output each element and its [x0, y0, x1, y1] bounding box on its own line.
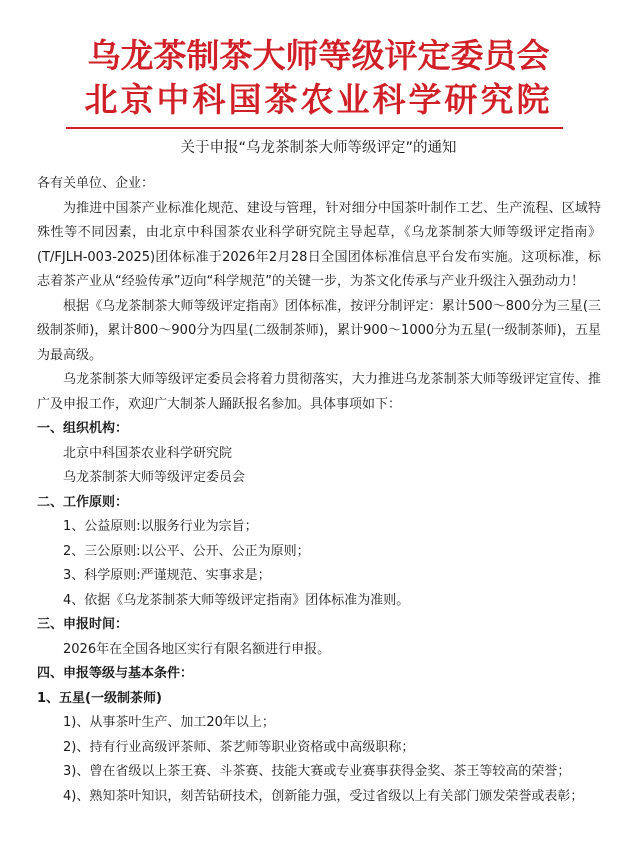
- principle-item: 1、公益原则:以服务行业为宗旨；: [37, 515, 601, 540]
- level-heading-five-star: 1、五星(一级制茶师): [37, 687, 601, 712]
- organization-item: 乌龙茶制茶大师等级评定委员会: [37, 466, 601, 491]
- section-heading-levels: 四、申报等级与基本条件：: [37, 662, 601, 687]
- paragraph-scoring: 根据《乌龙茶制茶大师等级评定指南》团体标准，按评分制评定：累计500～800分为…: [37, 295, 601, 369]
- timing-item: 2026年在全国各地区实行有限名额进行申报。: [37, 638, 601, 663]
- section-heading-organization: 一、组织机构：: [37, 417, 601, 442]
- paragraph-promotion: 乌龙茶制茶大师等级评定委员会将着力贯彻落实，大力推进乌龙茶制茶大师等级评定宣传、…: [37, 368, 601, 417]
- principle-item: 4、依据《乌龙茶制茶大师等级评定指南》团体标准为准则。: [37, 589, 601, 614]
- requirement-item: 2)、持有行业高级评茶师、茶艺师等职业资格或中高级职称；: [37, 736, 601, 761]
- requirement-item: 1)、从事茶叶生产、加工20年以上；: [37, 711, 601, 736]
- notice-title: 关于申报“乌龙茶制茶大师等级评定”的通知: [0, 138, 637, 158]
- requirement-item: 3)、曾在省级以上茶王赛、斗茶赛、技能大赛或专业赛事获得金奖、茶王等较高的荣誉；: [37, 760, 601, 785]
- organization-item: 北京中科国茶农业科学研究院: [37, 442, 601, 467]
- header-divider: [66, 127, 563, 129]
- principle-item: 2、三公原则:以公平、公开、公正为原则；: [37, 540, 601, 565]
- section-heading-timing: 三、申报时间：: [37, 613, 601, 638]
- org-title-committee: 乌龙茶制茶大师等级评定委员会: [0, 36, 637, 76]
- salutation: 各有关单位、企业：: [37, 172, 601, 197]
- paragraph-intro: 为推进中国茶产业标准化规范、建设与管理，针对细分中国茶叶制作工艺、生产流程、区域…: [37, 197, 601, 295]
- principle-item: 3、科学原则:严谨规范、实事求是；: [37, 564, 601, 589]
- document-body: 各有关单位、企业： 为推进中国茶产业标准化规范、建设与管理，针对细分中国茶叶制作…: [37, 172, 601, 809]
- section-heading-principles: 二、工作原则：: [37, 491, 601, 516]
- requirement-item: 4)、熟知茶叶知识，刻苦钻研技术，创新能力强，受过省级以上有关部门颁发荣誉或表彰…: [37, 785, 601, 810]
- org-title-institute: 北京中科国茶农业科学研究院: [0, 80, 637, 120]
